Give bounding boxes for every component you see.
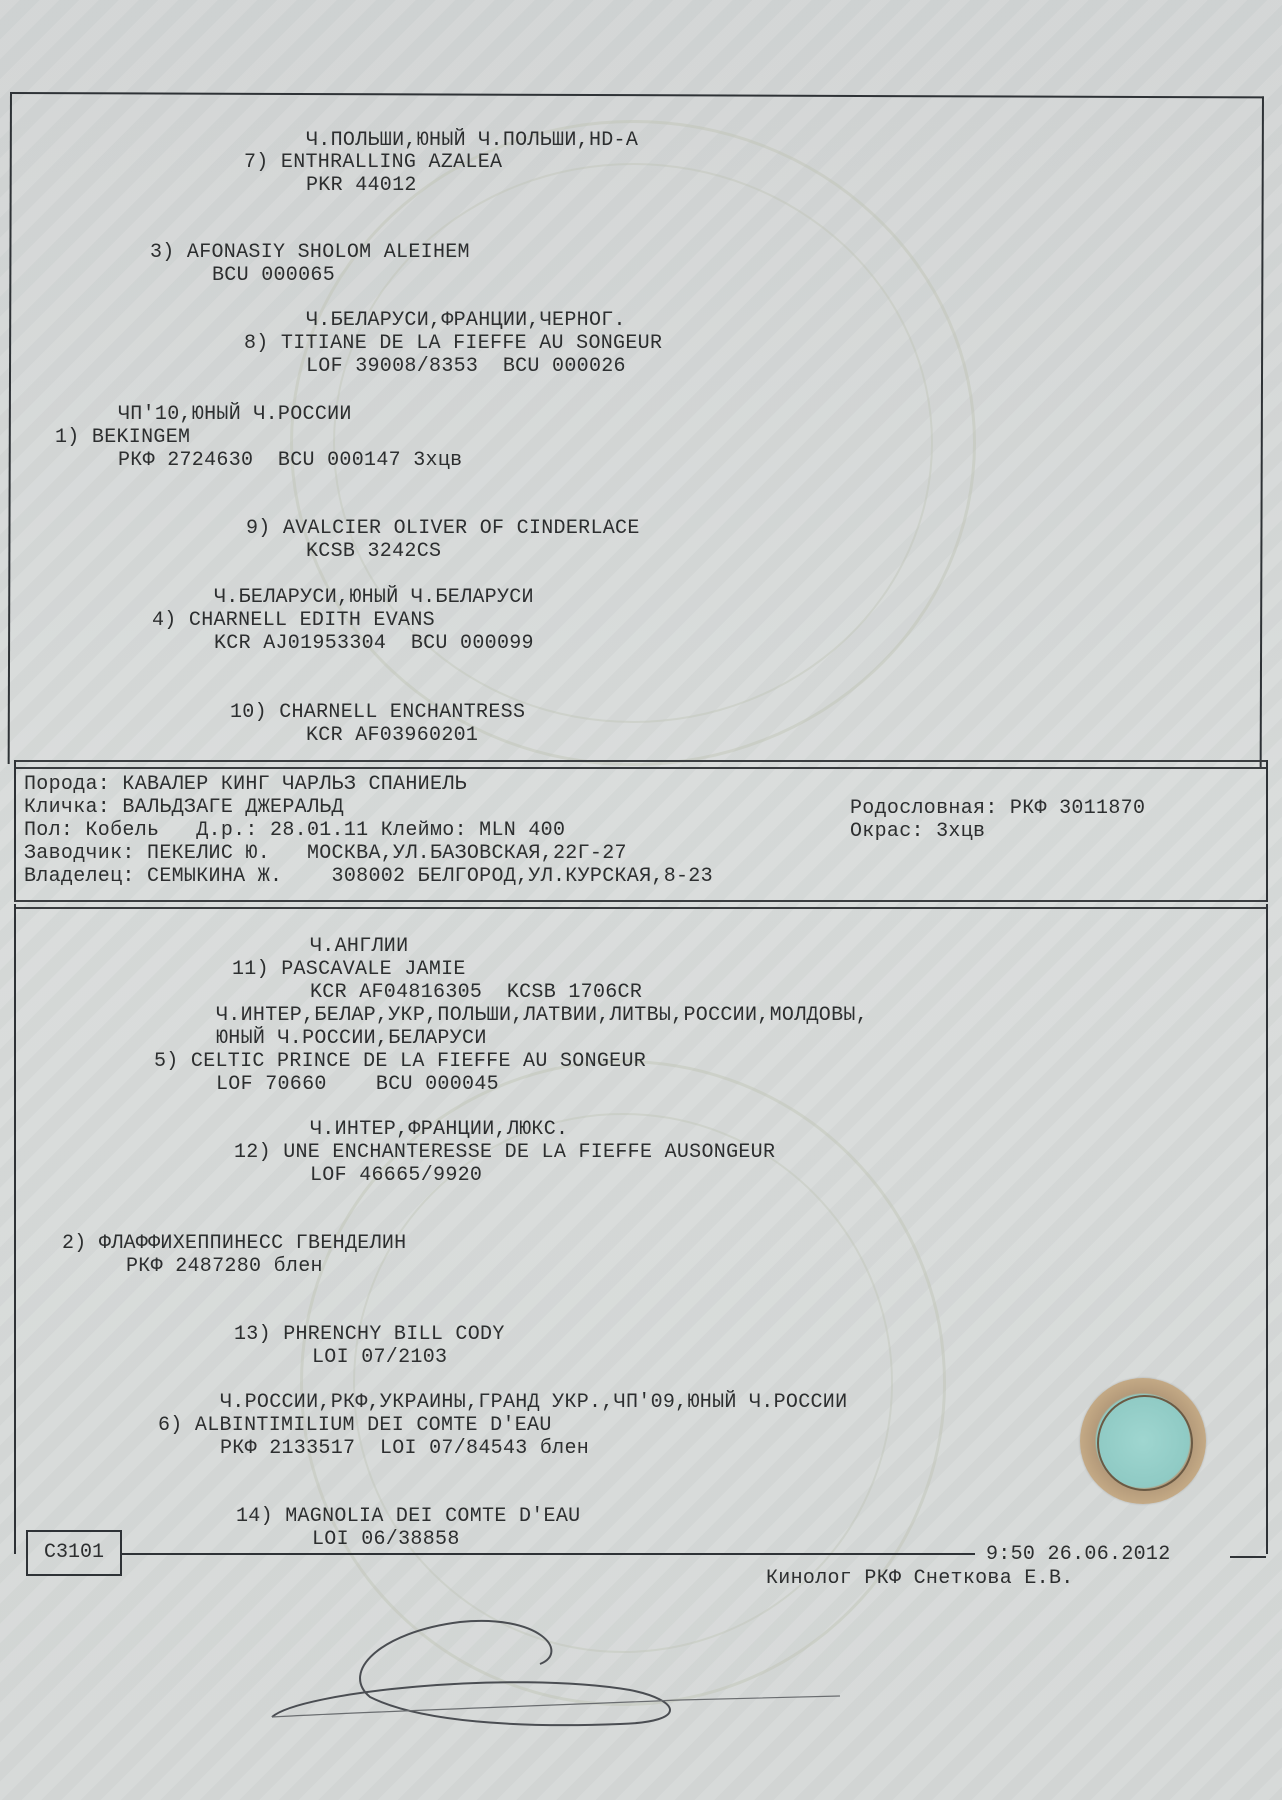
ancestor-name: 14) MAGNOLIA DEI COMTE D'EAU <box>236 1506 580 1528</box>
ancestor-name: 1) BEKINGEM <box>55 427 190 449</box>
ancestor-reg: РКФ 2487280 блен <box>126 1256 323 1278</box>
owner: Владелец: СЕМЫКИНА Ж. 308002 БЕЛГОРОД,УЛ… <box>24 866 713 888</box>
ancestor-reg: LOF 39008/8353 BCU 000026 <box>306 356 626 378</box>
hologram-seal-icon <box>1080 1378 1206 1504</box>
breed: Порода: КАВАЛЕР КИНГ ЧАРЛЬЗ СПАНИЕЛЬ <box>24 774 467 796</box>
footer-line <box>120 1553 975 1555</box>
ancestor-name: 2) ФЛАФФИХЕППИНЕСС ГВЕНДЕЛИН <box>62 1233 406 1255</box>
pedigree-document: Ч.ПОЛЬШИ,ЮНЫЙ Ч.ПОЛЬШИ,HD-A 7) ENTHRALLI… <box>0 0 1282 1800</box>
signature-icon <box>260 1612 860 1732</box>
timestamp: 9:50 26.06.2012 <box>986 1544 1171 1566</box>
ancestor-reg: KCSB 3242CS <box>306 541 441 563</box>
sex-dob-brand: Пол: Кобель Д.р.: 28.01.11 Клеймо: MLN 4… <box>24 820 565 842</box>
ancestor-titles: Ч.БЕЛАРУСИ,ФРАНЦИИ,ЧЕРНОГ. <box>306 310 626 332</box>
ancestor-reg: KCR AJ01953304 BCU 000099 <box>214 633 534 655</box>
ancestor-name: 4) CHARNELL EDITH EVANS <box>152 610 435 632</box>
ancestor-reg: РКФ 2724630 BCU 000147 3хцв <box>118 450 462 472</box>
ancestor-reg: LOF 70660 BCU 000045 <box>216 1074 499 1096</box>
ancestor-titles: ЧП'10,ЮНЫЙ Ч.РОССИИ <box>118 404 352 426</box>
upper-pedigree-frame <box>8 92 1264 768</box>
ancestor-reg: BCU 000065 <box>212 265 335 287</box>
ancestor-reg: LOF 46665/9920 <box>310 1165 482 1187</box>
ancestor-name: 11) PASCAVALE JAMIE <box>232 959 466 981</box>
ancestor-name: 6) ALBINTIMILIUM DEI COMTE D'EAU <box>158 1415 552 1437</box>
coat-color: Окрас: 3хцв <box>850 821 985 843</box>
footer-line <box>1230 1556 1266 1558</box>
breeder: Заводчик: ПЕКЕЛИС Ю. МОСКВА,УЛ.БАЗОВСКАЯ… <box>24 843 627 865</box>
ancestor-titles: Ч.БЕЛАРУСИ,ЮНЫЙ Ч.БЕЛАРУСИ <box>214 587 534 609</box>
ancestor-reg: KCR AF04816305 KCSB 1706CR <box>310 982 642 1004</box>
ancestor-titles: Ч.РОССИИ,РКФ,УКРАИНЫ,ГРАНД УКР.,ЧП'09,ЮН… <box>220 1392 847 1414</box>
ancestor-titles: Ч.ПОЛЬШИ,ЮНЫЙ Ч.ПОЛЬШИ,HD-A <box>306 130 638 152</box>
signatory: Кинолог РКФ Снеткова Е.В. <box>766 1568 1074 1590</box>
ancestor-name: 13) PHRENCHY BILL CODY <box>234 1324 505 1346</box>
ancestor-reg: LOI 07/2103 <box>312 1347 447 1369</box>
ancestor-reg: KCR AF03960201 <box>306 725 478 747</box>
ancestor-titles: Ч.ИНТЕР,ФРАНЦИИ,ЛЮКС. <box>310 1119 568 1141</box>
ancestor-reg: PKR 44012 <box>306 175 417 197</box>
ancestor-reg: РКФ 2133517 LOI 07/84543 блен <box>220 1438 589 1460</box>
ancestor-titles: Ч.ИНТЕР,БЕЛАР,УКР,ПОЛЬШИ,ЛАТВИИ,ЛИТВЫ,РО… <box>216 1005 868 1027</box>
ancestor-name: 8) TITIANE DE LA FIEFFE AU SONGEUR <box>244 333 662 355</box>
document-code: C3101 <box>26 1530 122 1576</box>
ancestor-titles: Ч.АНГЛИИ <box>310 936 408 958</box>
ancestor-titles-cont: ЮНЫЙ Ч.РОССИИ,БЕЛАРУСИ <box>216 1028 487 1050</box>
ancestor-name: 3) AFONASIY SHOLOM ALEIHEM <box>150 242 470 264</box>
ancestor-name: 10) CHARNELL ENCHANTRESS <box>230 702 525 724</box>
dog-name: Кличка: ВАЛЬДЗАГЕ ДЖЕРАЛЬД <box>24 797 344 819</box>
pedigree-number: Родословная: РКФ 3011870 <box>850 798 1145 820</box>
ancestor-name: 9) AVALCIER OLIVER OF CINDERLACE <box>246 518 640 540</box>
ancestor-reg: LOI 06/38858 <box>312 1529 460 1551</box>
ancestor-name: 7) ENTHRALLING AZALEA <box>244 152 502 174</box>
ancestor-name: 12) UNE ENCHANTERESSE DE LA FIEFFE AUSON… <box>234 1142 775 1164</box>
ancestor-name: 5) CELTIC PRINCE DE LA FIEFFE AU SONGEUR <box>154 1051 646 1073</box>
